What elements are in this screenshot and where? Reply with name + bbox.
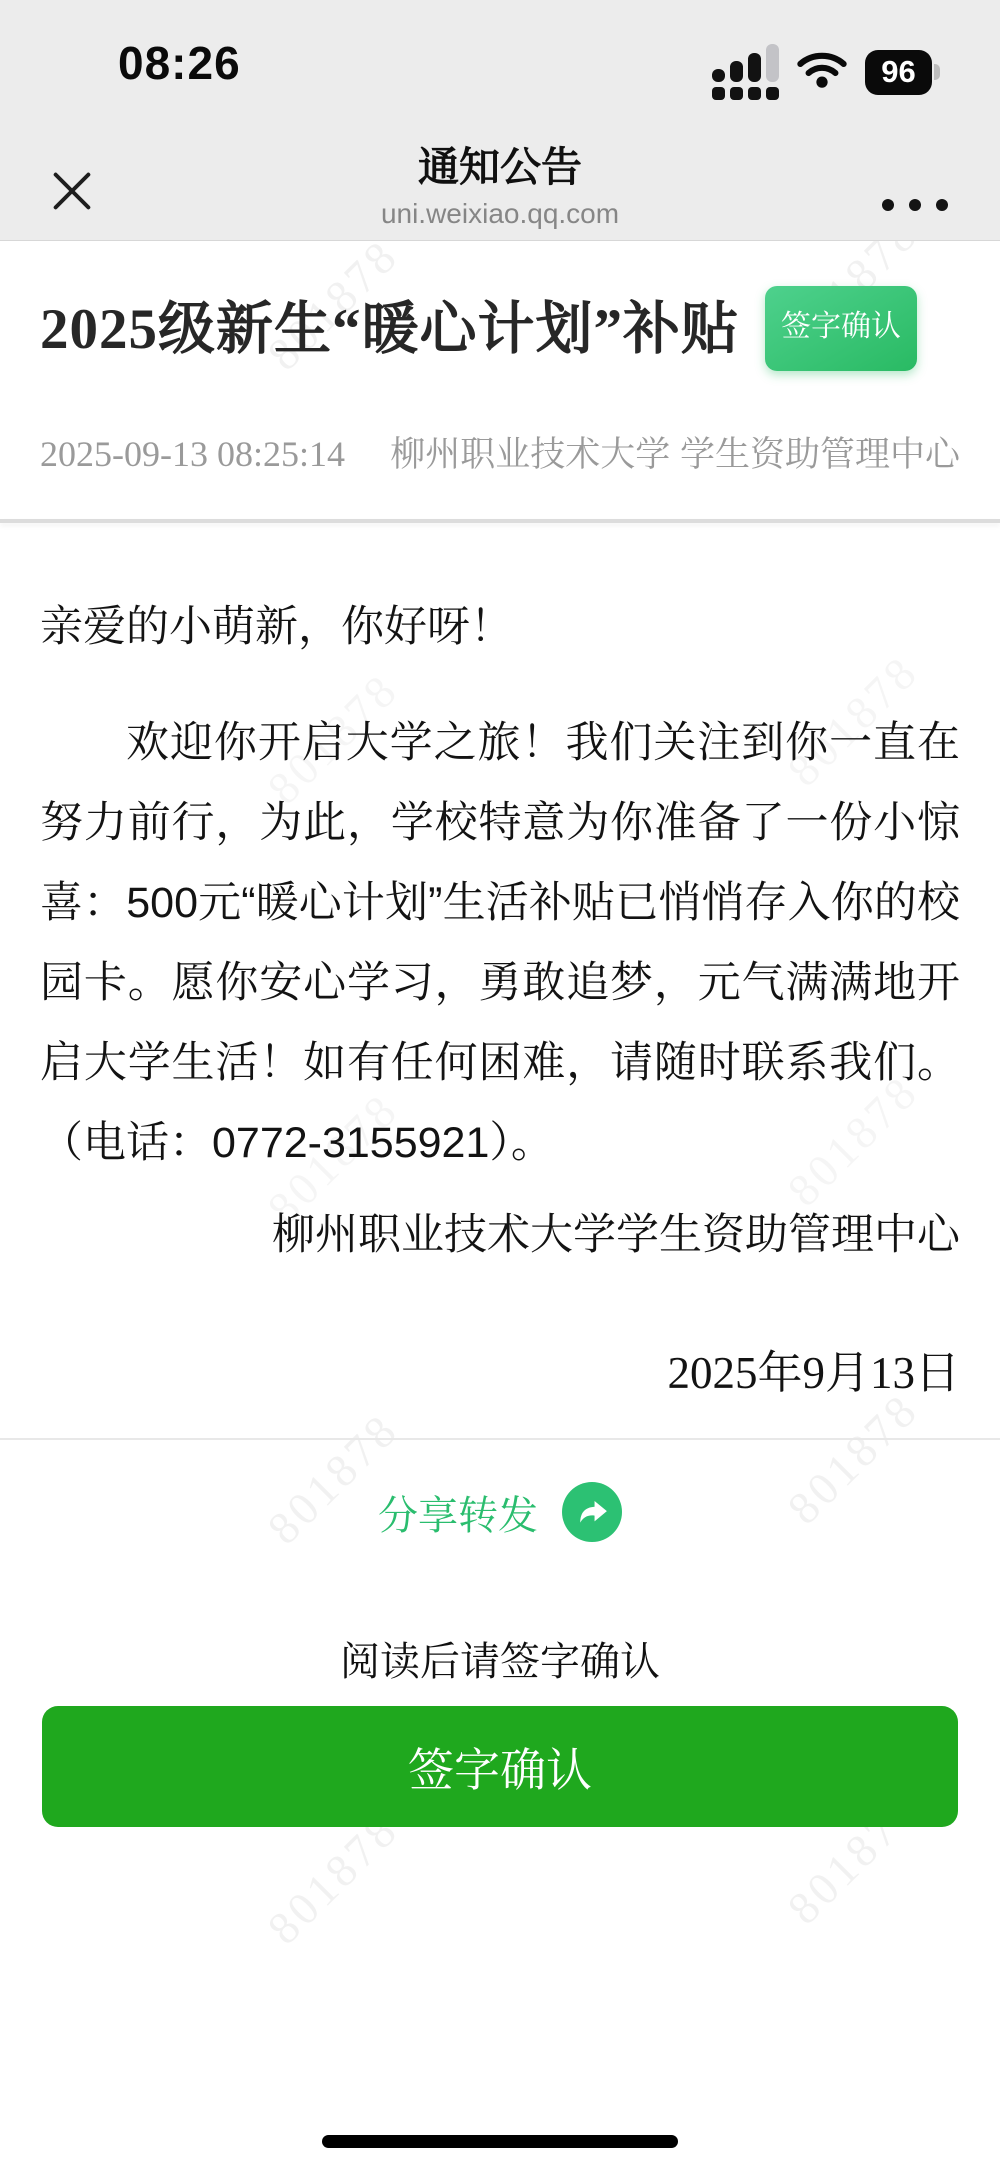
article-meta: 2025-09-13 08:25:14 柳州职业技术大学 学生资助管理中心 — [0, 427, 1000, 477]
status-icons: 96 — [712, 46, 940, 98]
nav-bar: 通知公告 uni.weixiao.qq.com — [0, 115, 1000, 241]
status-time: 08:26 — [118, 36, 241, 90]
sign-confirm-badge: 签字确认 — [765, 286, 917, 371]
more-options-icon — [882, 199, 894, 211]
share-button[interactable]: 分享转发 — [0, 1482, 1000, 1542]
document-date: 2025年9月13日 — [40, 1333, 960, 1413]
wifi-icon — [796, 50, 848, 95]
battery-tip — [934, 64, 940, 80]
article-title-row: 2025级新生“暖心计划”补贴签字确认 — [0, 240, 1000, 379]
status-bar: 08:26 96 — [0, 0, 1000, 115]
article-body: 亲爱的小萌新，你好呀！ 欢迎你开启大学之旅！我们关注到你一直在努力前行，为此，学… — [0, 587, 1000, 1413]
more-options-button[interactable] — [882, 199, 948, 211]
sign-hint-text: 阅读后请签字确认 — [0, 1630, 1000, 1687]
header-divider — [0, 519, 1000, 523]
sign-confirm-button[interactable]: 签字确认 — [42, 1706, 958, 1827]
page-title: 通知公告 — [150, 142, 850, 193]
greeting-line: 亲爱的小萌新，你好呀！ — [40, 587, 960, 667]
battery-icon: 96 — [865, 50, 940, 95]
battery-level: 96 — [865, 50, 932, 95]
share-forward-icon — [562, 1482, 622, 1542]
article-title: 2025级新生“暖心计划”补贴 — [40, 298, 739, 361]
cellular-signal-icon — [712, 44, 779, 100]
home-indicator[interactable] — [322, 2135, 678, 2148]
share-section: 分享转发 — [0, 1438, 1000, 1542]
publish-time: 2025-09-13 08:25:14 — [40, 433, 345, 475]
share-label: 分享转发 — [378, 1484, 538, 1541]
close-icon — [48, 202, 96, 219]
body-paragraph: 欢迎你开启大学之旅！我们关注到你一直在努力前行，为此，学校特意为你准备了一份小惊… — [40, 703, 960, 1183]
page-url: uni.weixiao.qq.com — [150, 198, 850, 230]
nav-titles: 通知公告 uni.weixiao.qq.com — [150, 142, 850, 230]
wechat-webview-screen: 801878 801878 801878 801878 801878 80187… — [0, 0, 1000, 2168]
article: 2025级新生“暖心计划”补贴签字确认 2025-09-13 08:25:14 … — [0, 240, 1000, 1413]
close-button[interactable] — [48, 167, 96, 215]
signature-line: 柳州职业技术大学学生资助管理中心 — [40, 1195, 960, 1275]
publisher: 柳州职业技术大学 学生资助管理中心 — [390, 427, 960, 477]
